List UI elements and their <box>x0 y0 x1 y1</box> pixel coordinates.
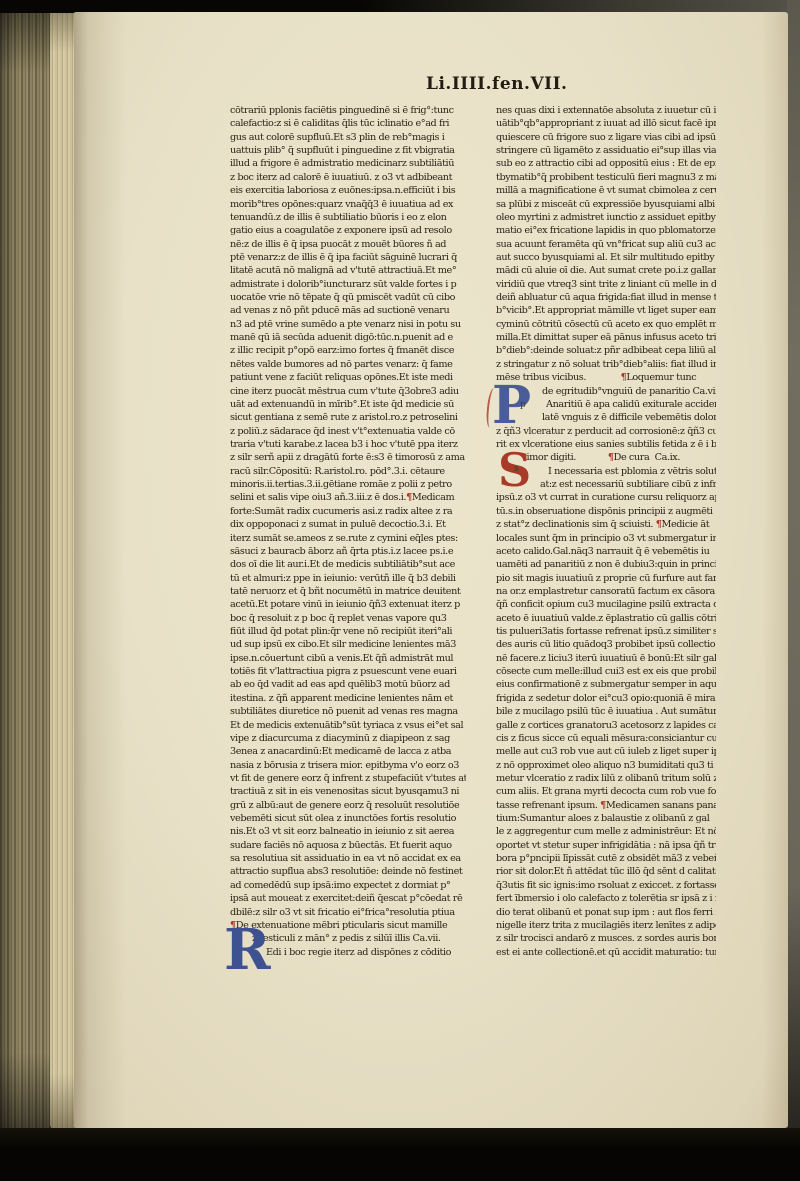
text-line: admistrate i dolorib°iuncturarz sūt vald… <box>230 278 466 291</box>
text-line: uātib°qb°appropriant z iuuat ad illō sic… <box>496 117 716 130</box>
text-line: sudare faciēs nō aquosa z būectās. Et fu… <box>230 839 466 852</box>
text-line: tū et almuri:z ppe in ieiunio: verūtñ il… <box>230 572 466 585</box>
text-line: nes quas dixi i extennatōe absoluta z iu… <box>496 104 716 117</box>
text-line: galle z cortices granatoru3 acetosorz z … <box>496 719 716 732</box>
text-line: quiescere cū frigore suo z ligare vias c… <box>496 131 716 144</box>
text-line: sāsuci z bauracb āborz añ q̄rta ptis.i.z… <box>230 545 466 558</box>
text-line: aceto ē iuuatiuū valde.z ēplastratio cū … <box>496 612 716 625</box>
text-line: cine iterz puocāt mēstrua cum v'tute q̄3… <box>230 385 466 398</box>
text-line: tū.s.in obseruatione dispōnis principii … <box>496 505 716 518</box>
text-line: oportet vt stetur super infrigidātia : n… <box>496 839 716 852</box>
text-line: nētes valde bumores ad nō partes venarz:… <box>230 358 466 371</box>
text-line: cōsecte cum melle:illud cui3 est ex eis … <box>496 665 716 678</box>
text-line: ad comedēdū sup ipsā:imo expectet z dorm… <box>230 879 466 892</box>
text-line: minoris.ii.tertias.3.ii.gētiane romāe z … <box>230 478 466 491</box>
text-line: nē:z de illis ē q̄ ipsa puocāt z mouēt b… <box>230 238 466 251</box>
text-line: oleo myrtini z admistret iunctio z assid… <box>496 211 716 224</box>
text-line: selini et salis vipe oiu3 añ.3.iii.z ē d… <box>230 491 466 504</box>
text-line: uamēti ad panaritiū z non ē dubiu3:quin … <box>496 558 716 571</box>
text-line: na or.z emplastretur cansoratū factum ex… <box>496 585 716 598</box>
fore-edge-shadow <box>762 12 788 1128</box>
text-line: bile z mucilago psilū tūc ē iuuatiua . A… <box>496 705 716 718</box>
text-line: sa plūbi z misceāt cū expressiōe byusqui… <box>496 198 716 211</box>
text-line: gatio eius a coagulatōe z exponere ipsū … <box>230 224 466 237</box>
text-line: acetū.Et potare vinū in ieiunio q̄ñ3 ext… <box>230 598 466 611</box>
text-line: ipse.n.cōuertunt cibū a venis.Et q̄ñ adm… <box>230 652 466 665</box>
text-line: est ei ante collectionē.et qū accidit ma… <box>496 946 716 959</box>
text-line: attractio supflua abs3 resolutiōe: deind… <box>230 865 466 878</box>
text-line: morib°tres opōnes:quarz vnaq̄q̄3 ē iuuat… <box>230 198 466 211</box>
text-line: n3 ad ptē vrine sumēdo a pte venarz nisi… <box>230 318 466 331</box>
text-line: cis z ficus sicce cū equali mēsura:consi… <box>496 732 716 745</box>
text-line: tractiuā z sit in eis venenositas sicut … <box>230 785 466 798</box>
text-line: b°dieb°:deinde soluat:z pñr adbibeat cep… <box>496 344 716 357</box>
text-line: z stat°z declinationis sim q̄ sciuisti. … <box>496 518 716 531</box>
text-line: Et de medicis extenuātib°sūt tyriaca z v… <box>230 719 466 732</box>
text-line: fiūt illud q̄d potat plin:q̄r vene nō re… <box>230 625 466 638</box>
text-line: traria v'tuti karabe.z lacea b3 i hoc v'… <box>230 438 466 451</box>
text-line: metur vlceratio z radix lilū z olibanū t… <box>496 772 716 785</box>
text-line: frigida z sedetur dolor ei°cu3 opio:quon… <box>496 692 716 705</box>
text-line: cum aliis. Et grana myrti decocta cum ro… <box>496 785 716 798</box>
text-line: boc q̄ resoluit z p boc q̄ replet venas … <box>230 612 466 625</box>
text-line: subtiliātes diuretice nō puenit ad venas… <box>230 705 466 718</box>
text-line: fert ībmersio i olo calefacto z tolerēti… <box>496 892 716 905</box>
text-line: deiñ abluatur cū aqua frigida:fiat illud… <box>496 291 716 304</box>
text-line: itestina. z q̄ñ apparent medicine lenien… <box>230 692 466 705</box>
text-line: aceto calido.Gal.nāq3 narrauit q̄ ē vebe… <box>496 545 716 558</box>
text-line: q̄ñ conficit opium cu3 mucilagine psilū … <box>496 598 716 611</box>
text-line: le z aggregentur cum melle z administrēu… <box>496 825 716 838</box>
text-line: eis exercitia laboriosa z euōnes:ipsa.n.… <box>230 184 466 197</box>
guide-letter-p: p <box>520 400 526 410</box>
text-line: ab eo q̄d vadit ad eas apd quēlib3 motū … <box>230 678 466 691</box>
text-line: stringere cū ligamēto z assiduatio ei°su… <box>496 144 716 157</box>
text-line: z illic recipit p°opō earz:imo fortes q̄… <box>230 344 466 357</box>
text-line: tasse refrenant ipsum. ¶Medicamen sanans… <box>496 799 716 812</box>
text-line: q̄3utis fit sic ignis:imo rsoluat z exic… <box>496 879 716 892</box>
text-line: viridiū que vtreq3 sint trite z liniant … <box>496 278 716 291</box>
text-line: millā a magnificatione ē vt sumat cbimol… <box>496 184 716 197</box>
text-line: z boc iterz ad calorē ē iuuatiuū. z o3 v… <box>230 171 466 184</box>
text-line: z silr trocisci andarō z musces. z sorde… <box>496 932 716 945</box>
text-line: ipsā aut moueat z exercitet:deiñ q̄escat… <box>230 892 466 905</box>
text-line: vebemēti sicut sūt olea z inunctōes fort… <box>230 812 466 825</box>
text-line: vt fit de genere eorz q̄ infrent z stupe… <box>230 772 466 785</box>
text-line: illud a frigore ē admistratio medicinarz… <box>230 157 466 170</box>
text-line: rior sit dolor.Et ñ attēdat tūc illō q̄d… <box>496 865 716 878</box>
text-line: ptē venarz:z de illis ē q̄ ipa faciūt sā… <box>230 251 466 264</box>
text-line: racū silr.Cōpositū: R.aristol.ro. pōd°.3… <box>230 465 466 478</box>
text-line: grū z albū:aut de genere eorz q̄ resoluū… <box>230 799 466 812</box>
text-line: locales sunt q̄m in principio o3 vt subm… <box>496 532 716 545</box>
text-line: pio sit magis iuuatiuū z proprie cū furf… <box>496 572 716 585</box>
text-line: sicut gentiana z semē rute z aristol.ro.… <box>230 411 466 424</box>
text-line: cyminū cōtritū cōsectū cū aceto ex quo e… <box>496 318 716 331</box>
text-line: forte:Sumāt radix cucumeris asi.z radix … <box>230 505 466 518</box>
text-line: uattuis plib° q̄ supfluūt i pinguedine z… <box>230 144 466 157</box>
text-line: gus aut colorē supfluū.Et s3 plin de reb… <box>230 131 466 144</box>
text-line: patiunt vene z faciūt reliquas opōnes.Et… <box>230 371 466 384</box>
text-line: dio terat olibanū et ponat sup ipm : aut… <box>496 906 716 919</box>
text-line: dix oppoponaci z sumat in puluē decoctio… <box>230 518 466 531</box>
illuminated-initial-R: R <box>224 924 271 976</box>
guide-letter-s: s <box>514 464 519 474</box>
running-title: Li.IIII.fen.VII. <box>426 74 606 94</box>
gutter-shadow <box>74 12 134 1128</box>
text-line: ad venas z nō pñt pducē mās ad suctionē … <box>230 304 466 317</box>
text-line: tenuandū.z de illis ē subtiliatio būoris… <box>230 211 466 224</box>
backdrop-bottom <box>0 1128 800 1181</box>
text-line: nē facere.z liciu3 iterū iuuatiuū ē bonū… <box>496 652 716 665</box>
text-line: melle aut cu3 rob vue aut cū iuleb z lig… <box>496 745 716 758</box>
text-line: z stringatur z nō soluat trib°dieb°aliis… <box>496 358 716 371</box>
text-line: eius confirmationē z submergatur semper … <box>496 678 716 691</box>
text-line: calefactio:z si ē caliditas q̄lis tūc ic… <box>230 117 466 130</box>
text-line: tatē neruorz et q̄ bñt nocumētū in matri… <box>230 585 466 598</box>
backdrop-right <box>787 0 800 1181</box>
text-line: cōtrariū pplonis faciētis pinguedinē si … <box>230 104 466 117</box>
text-line: tbymatib°q̄ probibent testiculū fieri ma… <box>496 171 716 184</box>
text-line: uocatōe vrie nō tēpate q̄ qū pmiscēt vad… <box>230 291 466 304</box>
text-column-left: cōtrariū pplonis faciētis pinguedinē si … <box>230 104 466 959</box>
text-line: tium:Sumantur aloes z balaustie z oliban… <box>496 812 716 825</box>
text-line: nasia z bōrusia z trisera mior. epitbyma… <box>230 759 466 772</box>
text-line: iterz sumāt se.ameos z se.rute z cymini … <box>230 532 466 545</box>
text-line: z silr serñ apii z dragātū forte ē:s3 ē … <box>230 451 466 464</box>
text-column-right: nes quas dixi i extennatōe absoluta z iu… <box>496 104 716 959</box>
text-line: bora p°pncipii līpissāt cutē z obsidēt m… <box>496 852 716 865</box>
text-line: sa resolutiua sit assiduatio in ea vt nō… <box>230 852 466 865</box>
text-line: aut succo byusquiami al. Et silr multitu… <box>496 251 716 264</box>
text-line: z poliū.z sādarace q̄d inest v't°extenua… <box>230 425 466 438</box>
text-line: vipe z diacurcuma z diacyminū z diapipeo… <box>230 732 466 745</box>
text-line: manē qū iā secūda aduenit digō:tūc.n.pue… <box>230 331 466 344</box>
text-line: nis.Et o3 vt sit eorz balneatio in ieiun… <box>230 825 466 838</box>
text-line: dos oī die lit aur.i.Et de medicis subti… <box>230 558 466 571</box>
text-line: tis pulueri3atis fortasse refrenat ipsū.… <box>496 625 716 638</box>
text-line: matio ei°ex fricatione lapidis in quo pb… <box>496 224 716 237</box>
text-line: des auris cū litio quādoq3 probibet ipsū… <box>496 638 716 651</box>
text-line: milla.Et dimittat super eā pānus infusus… <box>496 331 716 344</box>
text-line: ud sup ipsū ex cibo.Et silr medicine len… <box>230 638 466 651</box>
text-line: litatē acutā nō malignā ad v'tutē attrac… <box>230 264 466 277</box>
text-line: mādi cū aluie oī die. Aut sumat crete po… <box>496 264 716 277</box>
book-page: Li.IIII.fen.VII. cōtrariū pplonis faciēt… <box>74 12 788 1128</box>
text-line: totiēs fit v'lattractiua pigra z psuescu… <box>230 665 466 678</box>
text-line: z nō opproximet oleo aliquo n3 bumiditat… <box>496 759 716 772</box>
book-fore-edge <box>0 5 56 1132</box>
text-line: uāt ad extenuandū in mīrib°.Et iste q̄d … <box>230 398 466 411</box>
text-line: sua acuunt feramēta qū vn°fricat sup ali… <box>496 238 716 251</box>
text-line: nigelle iterz trita z mucilagiēs iterz l… <box>496 919 716 932</box>
text-line: 3enea z anacardinū:Et medicamē de lacca … <box>230 745 466 758</box>
text-line: sub eo z attractio cibi ad oppositū eius… <box>496 157 716 170</box>
text-line: b°vicib°.Et appropriat māmille vt liget … <box>496 304 716 317</box>
